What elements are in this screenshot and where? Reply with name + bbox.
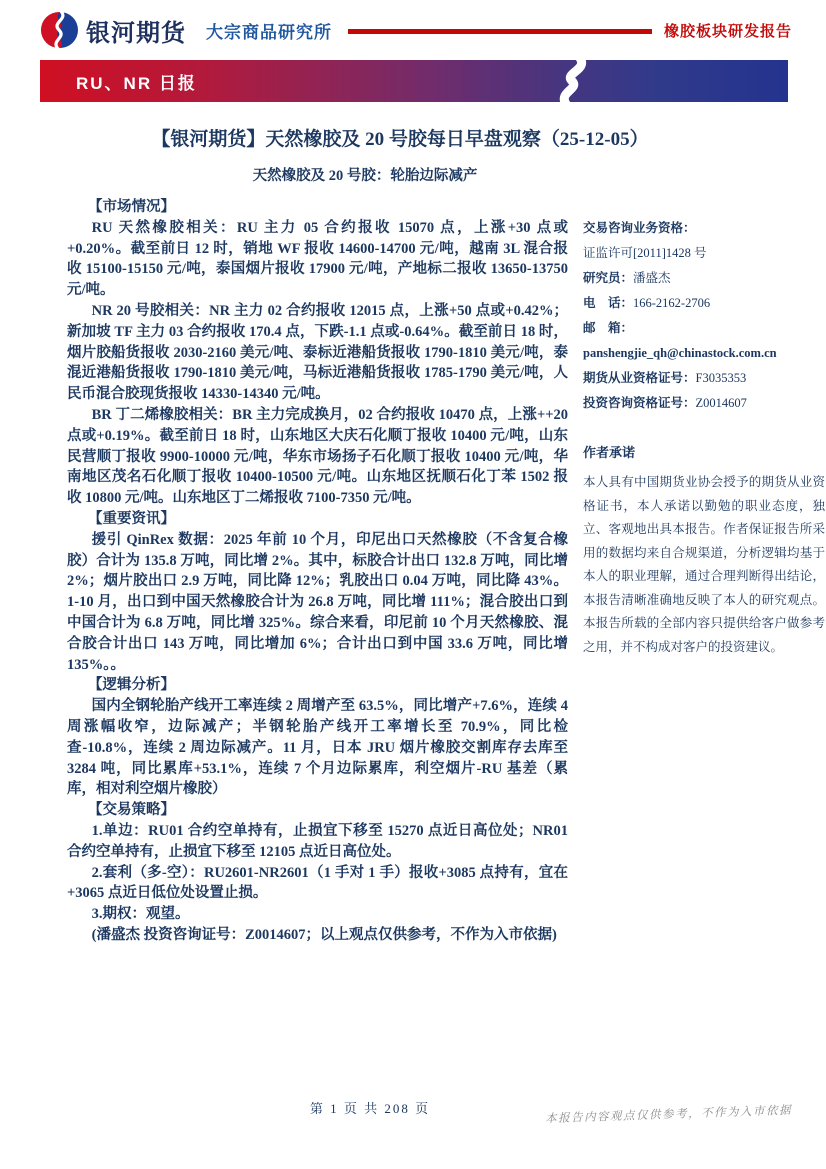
futures-cert-number: F3035353 [696, 371, 747, 385]
researcher-name: 潘盛杰 [633, 271, 671, 285]
email-address[interactable]: panshengjie_qh@chinastock.com.cn [583, 346, 777, 360]
paragraph: 援引 QinRex 数据：2025 年前 10 个月，印尼出口天然橡胶（不含复合… [67, 530, 568, 676]
paragraph: 3.期权：观望。 [67, 904, 568, 925]
report-body: 【市场情况】 RU 天然橡胶相关：RU 主力 05 合约报收 15070 点，上… [67, 197, 568, 946]
report-type-label: 橡胶板块研发报告 [664, 20, 792, 41]
section-heading: 【交易策略】 [67, 800, 568, 821]
section-heading: 【重要资讯】 [67, 509, 568, 530]
paragraph: (潘盛杰 投资咨询证号：Z0014607；以上观点仅供参考，不作为入市依据) [67, 925, 568, 946]
section-heading: 【逻辑分析】 [67, 675, 568, 696]
researcher-sidebar: 交易咨询业务资格： 证监许可[2011]1428 号 研究员：潘盛杰 电 话：1… [583, 197, 825, 946]
report-page: { "header": { "brand": "银河期货", "departme… [0, 0, 826, 1169]
section-heading: 【市场情况】 [67, 197, 568, 218]
paragraph: 国内全钢轮胎产线开工率连续 2 周增产至 63.5%，同比增产+7.6%，连续 … [67, 696, 568, 800]
department-name: 大宗商品研究所 [206, 18, 332, 43]
banner-swoosh-icon [556, 60, 590, 102]
email-label: 邮 箱： [583, 321, 633, 335]
paragraph: 2.套利（多-空）：RU2601-NR2601（1 手对 1 手）报收+3085… [67, 863, 568, 905]
advisory-cert-number: Z0014607 [696, 396, 747, 410]
banner-title: RU、NR 日报 [40, 69, 197, 94]
brand-name: 银河期货 [86, 13, 186, 48]
qualification-value: 证监许可[2011]1428 号 [583, 246, 707, 260]
page-subtitle: 天然橡胶及 20 号胶：轮胎边际减产 [40, 164, 690, 185]
author-promise-title: 作者承诺 [583, 442, 825, 461]
report-banner: RU、NR 日报 [40, 60, 788, 102]
paragraph: 1.单边：RU01 合约空单持有，止损宜下移至 15270 点近日高位处；NR0… [67, 821, 568, 863]
paragraph: RU 天然橡胶相关：RU 主力 05 合约报收 15070 点，上涨+30 点或… [67, 218, 568, 301]
researcher-label: 研究员： [583, 271, 633, 285]
page-title: 【银河期货】天然橡胶及 20 号胶每日早盘观察（25-12-05） [30, 124, 770, 151]
qualification-label: 交易咨询业务资格： [583, 221, 696, 235]
main-content: 【市场情况】 RU 天然橡胶相关：RU 主力 05 合约报收 15070 点，上… [67, 197, 826, 946]
phone-number: 166-2162-2706 [633, 296, 710, 310]
advisory-cert-label: 投资咨询资格证号： [583, 396, 696, 410]
futures-cert-label: 期货从业资格证号： [583, 371, 696, 385]
paragraph: BR 丁二烯橡胶相关：BR 主力完成换月，02 合约报收 10470 点，上涨+… [67, 405, 568, 509]
brand-logo-icon [40, 11, 78, 49]
phone-label: 电 话： [583, 296, 633, 310]
author-promise-text: 本人具有中国期货业协会授予的期货从业资格证书，本人承诺以勤勉的职业态度，独立、客… [583, 471, 825, 659]
paragraph: NR 20 号胶相关：NR 主力 02 合约报收 12015 点，上涨+50 点… [67, 301, 568, 405]
header-divider [348, 29, 652, 34]
report-header: 银河期货 大宗商品研究所 橡胶板块研发报告 [0, 0, 826, 48]
